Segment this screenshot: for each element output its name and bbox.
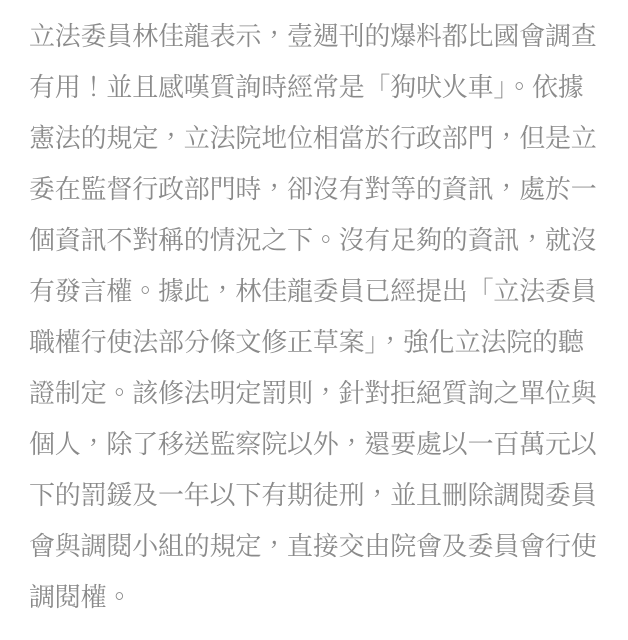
- text-line: 下的罰鍰及一年以下有期徒刑，並且刪除調閱委員: [29, 471, 602, 522]
- text-line: 證制定。該修法明定罰則，針對拒絕質詢之單位與: [29, 369, 602, 420]
- text-line: 個資訊不對稱的情況之下。沒有足夠的資訊，就沒: [29, 216, 602, 267]
- text-line: 有用！並且感嘆質詢時經常是「狗吠火車」。依據: [29, 63, 602, 114]
- text-line: 憲法的規定，立法院地位相當於行政部門，但是立: [29, 114, 602, 165]
- text-line: 職權行使法部分條文修正草案」，強化立法院的聽: [29, 318, 602, 369]
- text-line: 調閱權。: [29, 573, 602, 624]
- text-line: 立法委員林佳龍表示，壹週刊的爆料都比國會調查: [29, 12, 602, 63]
- text-line: 個人，除了移送監察院以外，還要處以一百萬元以: [29, 420, 602, 471]
- text-line: 委在監督行政部門時，卻沒有對等的資訊，處於一: [29, 165, 602, 216]
- text-line: 有發言權。據此，林佳龍委員已經提出「立法委員: [29, 267, 602, 318]
- article-text-block: 立法委員林佳龍表示，壹週刊的爆料都比國會調查 有用！並且感嘆質詢時經常是「狗吠火…: [0, 0, 628, 624]
- text-line: 會與調閱小組的規定，直接交由院會及委員會行使: [29, 522, 602, 573]
